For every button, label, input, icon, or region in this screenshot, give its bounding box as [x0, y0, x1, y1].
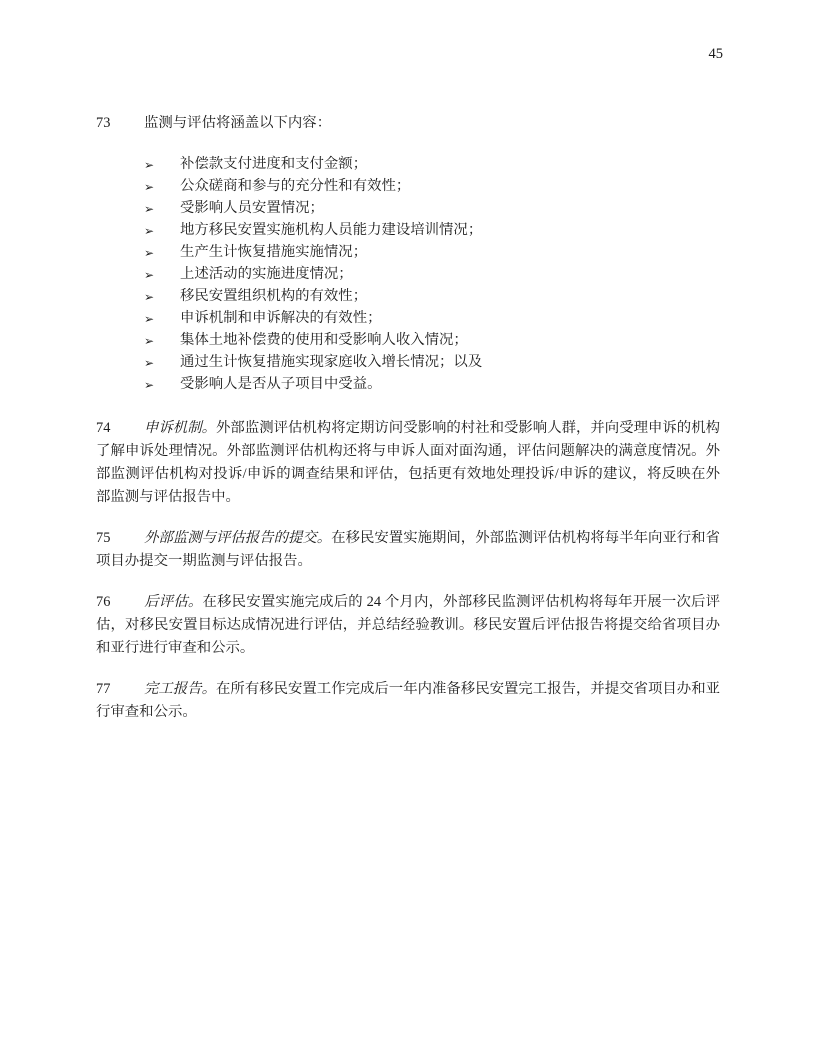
paragraph-76-number: 76: [96, 591, 144, 614]
paragraph-75: 75外部监测与评估报告的提交。在移民安置实施期间，外部监测评估机构将每半年向亚行…: [96, 527, 720, 573]
list-item-text: 地方移民安置实施机构人员能力建设培训情况；: [180, 222, 482, 238]
paragraph-73-number: 73: [96, 112, 144, 135]
list-item: ➢移民安置组织机构的有效性；: [96, 285, 720, 307]
paragraph-75-lead: 外部监测与评估报告的提交。: [144, 530, 331, 546]
arrow-bullet-icon: ➢: [144, 242, 154, 264]
list-item: ➢地方移民安置实施机构人员能力建设培训情况；: [96, 219, 720, 241]
paragraph-73-body: 监测与评估将涵盖以下内容：: [144, 115, 331, 131]
arrow-bullet-icon: ➢: [144, 308, 154, 330]
arrow-bullet-icon: ➢: [144, 374, 154, 396]
list-item-text: 生产生计恢复措施实施情况；: [180, 244, 367, 260]
list-item: ➢申诉机制和申诉解决的有效性；: [96, 307, 720, 329]
list-item: ➢补偿款支付进度和支付金额；: [96, 153, 720, 175]
list-item-text: 受影响人员安置情况；: [180, 200, 324, 216]
paragraph-77-lead: 完工报告。: [144, 681, 216, 697]
page-number: 45: [709, 46, 724, 62]
list-item: ➢公众磋商和参与的充分性和有效性；: [96, 175, 720, 197]
list-item-text: 通过生计恢复措施实现家庭收入增长情况；以及: [180, 354, 482, 370]
paragraph-76-lead: 后评估。: [144, 594, 203, 610]
list-item-text: 上述活动的实施进度情况；: [180, 266, 353, 282]
list-item: ➢生产生计恢复措施实施情况；: [96, 241, 720, 263]
paragraph-74-lead: 申诉机制。: [144, 420, 216, 436]
list-item: ➢通过生计恢复措施实现家庭收入增长情况；以及: [96, 351, 720, 373]
paragraph-77-number: 77: [96, 678, 144, 701]
list-item: ➢受影响人员安置情况；: [96, 197, 720, 219]
monitoring-scope-list: ➢补偿款支付进度和支付金额； ➢公众磋商和参与的充分性和有效性； ➢受影响人员安…: [96, 153, 720, 395]
arrow-bullet-icon: ➢: [144, 286, 154, 308]
list-item-text: 受影响人是否从子项目中受益。: [180, 376, 381, 392]
list-item-text: 申诉机制和申诉解决的有效性；: [180, 310, 381, 326]
paragraph-73: 73监测与评估将涵盖以下内容：: [96, 112, 720, 135]
list-item: ➢集体土地补偿费的使用和受影响人收入情况；: [96, 329, 720, 351]
arrow-bullet-icon: ➢: [144, 220, 154, 242]
arrow-bullet-icon: ➢: [144, 330, 154, 352]
document-page: 45 73监测与评估将涵盖以下内容： ➢补偿款支付进度和支付金额； ➢公众磋商和…: [0, 0, 816, 1056]
list-item-text: 公众磋商和参与的充分性和有效性；: [180, 178, 410, 194]
paragraph-74-number: 74: [96, 417, 144, 440]
arrow-bullet-icon: ➢: [144, 154, 154, 176]
list-item: ➢受影响人是否从子项目中受益。: [96, 373, 720, 395]
list-item-text: 集体土地补偿费的使用和受影响人收入情况；: [180, 332, 468, 348]
arrow-bullet-icon: ➢: [144, 176, 154, 198]
paragraph-74: 74申诉机制。外部监测评估机构将定期访问受影响的村社和受影响人群，并向受理申诉的…: [96, 417, 720, 509]
paragraph-77: 77完工报告。在所有移民安置工作完成后一年内准备移民安置完工报告，并提交省项目办…: [96, 678, 720, 724]
paragraph-75-number: 75: [96, 527, 144, 550]
document-content: 73监测与评估将涵盖以下内容： ➢补偿款支付进度和支付金额； ➢公众磋商和参与的…: [96, 112, 720, 742]
arrow-bullet-icon: ➢: [144, 198, 154, 220]
list-item: ➢上述活动的实施进度情况；: [96, 263, 720, 285]
arrow-bullet-icon: ➢: [144, 352, 154, 374]
arrow-bullet-icon: ➢: [144, 264, 154, 286]
list-item-text: 移民安置组织机构的有效性；: [180, 288, 367, 304]
paragraph-76: 76后评估。在移民安置实施完成后的 24 个月内，外部移民监测评估机构将每年开展…: [96, 591, 720, 660]
list-item-text: 补偿款支付进度和支付金额；: [180, 156, 367, 172]
